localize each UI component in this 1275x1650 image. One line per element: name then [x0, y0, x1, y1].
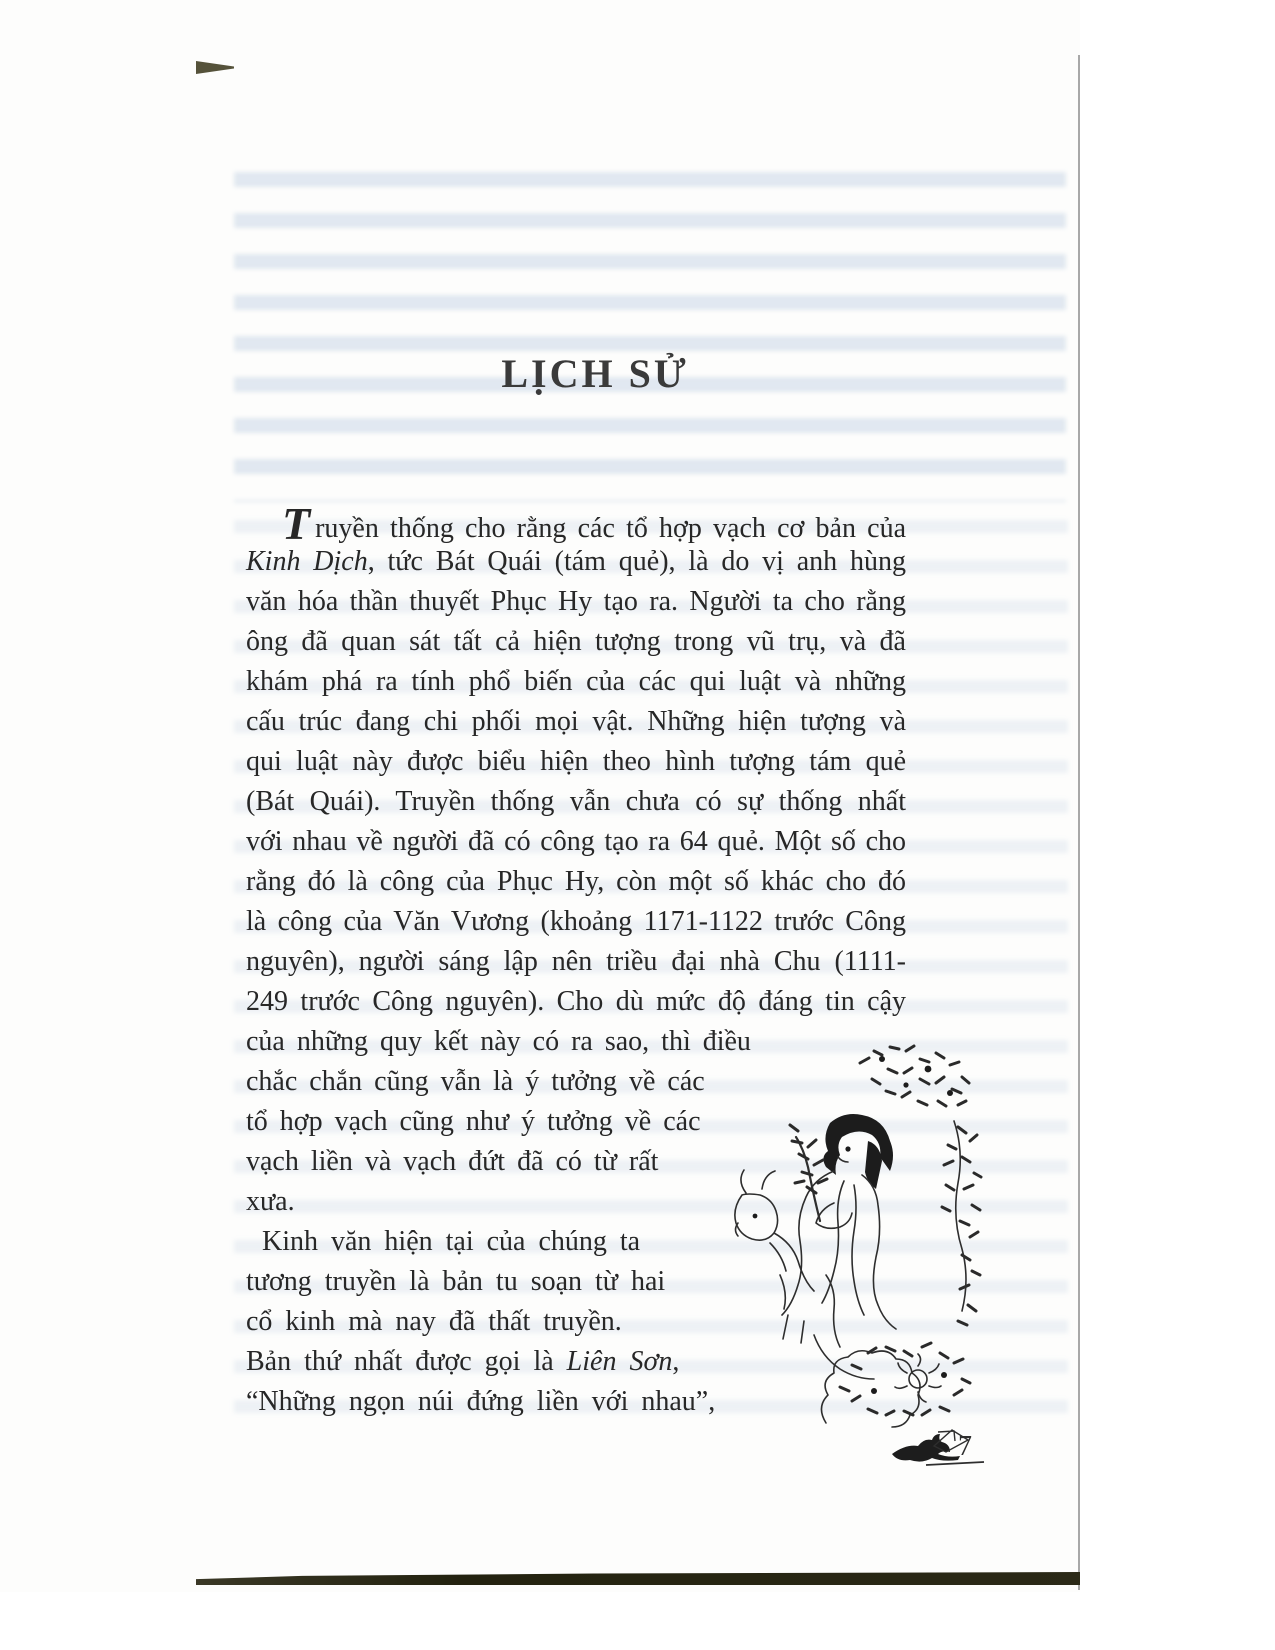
page-number: 7 — [958, 1432, 972, 1462]
text-line: với nhau về người đã có công tạo ra 64 q… — [246, 822, 906, 862]
text-line: nguyên), người sáng lập nên triều đại nh… — [246, 942, 906, 982]
narrow-lines: của những quy kết này có ra sao, thì điề… — [246, 1022, 906, 1222]
text-line: ông đã quan sát tất cả hiện tượng trong … — [246, 622, 906, 662]
text-line: cấu trúc đang chi phối mọi vật. Những hi… — [246, 702, 906, 742]
text-span: , — [672, 1346, 679, 1377]
text-line: Truyền thống cho rằng các tổ hợp vạch cơ… — [246, 502, 906, 542]
text-line: tổ hợp vạch cũng như ý tưởng về các — [246, 1102, 906, 1142]
text-line: tương truyền là bản tu soạn từ hai — [246, 1262, 906, 1302]
text-line: là công của Văn Vương (khoảng 1171-1122 … — [246, 902, 906, 942]
text-column: Truyền thống cho rằng các tổ hợp vạch cơ… — [246, 502, 906, 1422]
text-line: Bản thứ nhất được gọi là Liên Sơn, — [246, 1342, 906, 1382]
page-edge-line — [1078, 55, 1080, 1590]
justified-lines: văn hóa thần thuyết Phục Hy tạo ra. Ngườ… — [246, 582, 906, 1022]
dropcap-letter: T — [246, 498, 310, 549]
text-line: Kinh Dịch, tức Bát Quái (tám quẻ), là do… — [246, 542, 906, 582]
text-span: Bản thứ nhất được gọi là — [246, 1346, 567, 1377]
text-line: (Bát Quái). Truyền thống vẫn chưa có sự … — [246, 782, 906, 822]
text-line: chắc chắn cũng vẫn là ý tưởng về các — [246, 1062, 906, 1102]
text-line: văn hóa thần thuyết Phục Hy tạo ra. Ngườ… — [246, 582, 906, 622]
paragraph-1: Truyền thống cho rằng các tổ hợp vạch cơ… — [246, 502, 906, 1222]
text-line: qui luật này được biểu hiện theo hình tư… — [246, 742, 906, 782]
text-line: cổ kinh mà nay đã thất truyền. — [246, 1302, 906, 1342]
paragraph-2: Kinh văn hiện tại của chúng tatương truy… — [246, 1222, 906, 1422]
scanned-book-page: LỊCH SỬ Truyền thống cho rằng các tổ hợp… — [0, 0, 1275, 1650]
text-line: “Những ngọn núi đứng liền với nhau”, — [246, 1382, 906, 1422]
paragraph-2-lines: Kinh văn hiện tại của chúng tatương truy… — [246, 1222, 906, 1342]
text-line: vạch liền và vạch đứt đã có từ rất — [246, 1142, 906, 1182]
text-span: ruyền thống cho rằng các tổ hợp vạch cơ … — [315, 513, 906, 544]
text-line: rằng đó là công của Phục Hy, còn một số … — [246, 862, 906, 902]
text-span: , tức Bát Quái (tám quẻ), là do vị anh h… — [368, 546, 906, 577]
text-line: 249 trước Công nguyên). Cho dù mức độ đá… — [246, 982, 906, 1022]
text-line: xưa. — [246, 1182, 906, 1222]
text-line: khám phá ra tính phổ biến của các qui lu… — [246, 662, 906, 702]
quote-span: “Những ngọn núi đứng liền với nhau”, — [246, 1386, 715, 1417]
italic-book-title: Liên Sơn — [567, 1346, 673, 1377]
text-line: của những quy kết này có ra sao, thì điề… — [246, 1022, 906, 1062]
chapter-title: LỊCH SỬ — [262, 350, 928, 397]
italic-book-title: Kinh Dịch — [246, 546, 368, 577]
text-line: Kinh văn hiện tại của chúng ta — [246, 1222, 906, 1262]
